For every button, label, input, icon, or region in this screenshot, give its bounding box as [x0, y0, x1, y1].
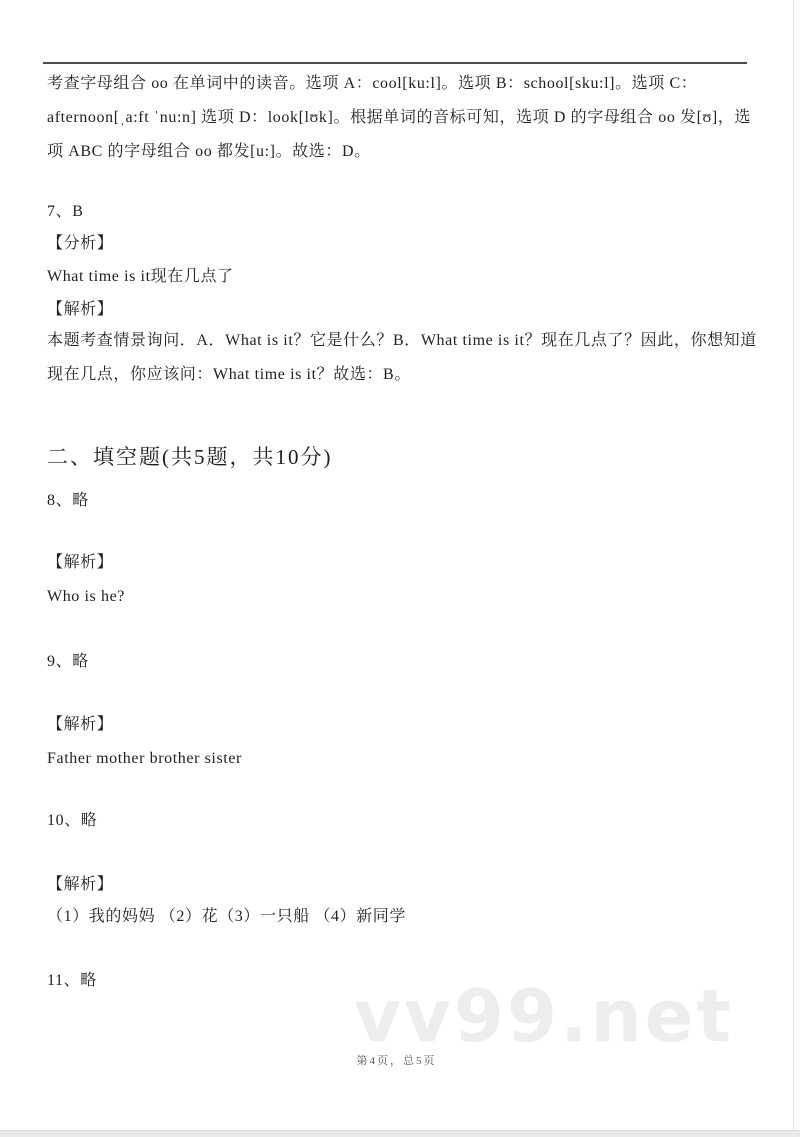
question7-explanation-line: 现在几点，你应该问：What time is it？故选：B。: [47, 364, 411, 386]
answer-block-divider: [43, 62, 747, 64]
item8-explanation-label: 【解析】: [47, 552, 113, 574]
page-bottom-edge: [0, 1130, 800, 1137]
question7-analysis-text: What time is it现在几点了: [47, 266, 234, 288]
question7-explanation-label: 【解析】: [47, 299, 113, 321]
item9-number: 9、略: [47, 651, 89, 673]
item10-number: 10、略: [47, 810, 97, 832]
item11-number: 11、略: [47, 970, 97, 992]
page-right-edge: [793, 0, 794, 1137]
item10-explanation-text: （1）我的妈妈 （2）花（3）一只船 （4）新同学: [47, 906, 406, 928]
question6-explanation-line: 项 ABC 的字母组合 oo 都发[u:]。故选：D。: [47, 141, 371, 163]
page-number-footer: 第4页，总5页: [0, 1052, 793, 1068]
question7-analysis-label: 【分析】: [47, 233, 113, 255]
question6-explanation-line: 考查字母组合 oo 在单词中的读音。选项 A：cool[ku:l]。选项 B：s…: [47, 73, 697, 95]
item9-explanation-label: 【解析】: [47, 714, 113, 736]
item9-explanation-text: Father mother brother sister: [47, 748, 242, 770]
item8-number: 8、略: [47, 490, 89, 512]
document-page: 考查字母组合 oo 在单词中的读音。选项 A：cool[ku:l]。选项 B：s…: [0, 0, 800, 1137]
site-watermark: vv99.net: [354, 980, 734, 1052]
item8-explanation-text: Who is he?: [47, 586, 125, 608]
question7-explanation-line: 本题考查情景询问．A．What is it？它是什么？B．What time i…: [47, 330, 757, 352]
question6-explanation-line: afternoon[ˌa:ft ˈnu:n] 选项 D：look[lʊk]。根据…: [47, 107, 751, 129]
page-right-gutter: [794, 0, 800, 1137]
section2-title: 二、填空题(共5题，共10分): [47, 441, 333, 471]
question7-number-answer: 7、B: [47, 201, 83, 223]
item10-explanation-label: 【解析】: [47, 874, 113, 896]
